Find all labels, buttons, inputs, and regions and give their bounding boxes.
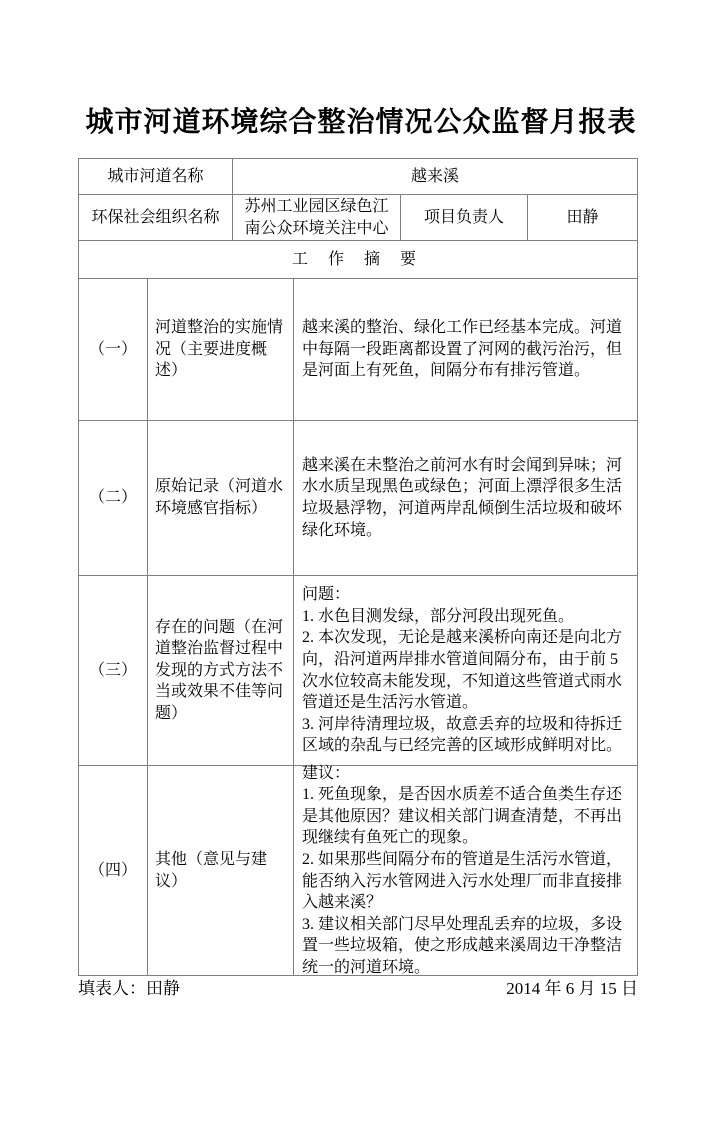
document-page: 城市河道环境综合整治情况公众监督月报表 城市河道名称 越来溪 环保社会组织名称 … xyxy=(0,0,722,1122)
item-number: （一） xyxy=(79,279,148,421)
river-name-label: 城市河道名称 xyxy=(79,159,233,195)
table-row-river-name: 城市河道名称 越来溪 xyxy=(79,159,638,195)
filler-name: 田静 xyxy=(146,979,180,998)
filler-info: 填表人：田静 xyxy=(78,978,180,1000)
item-content: 越来溪的整治、绿化工作已经基本完成。河道中每隔一段距离都设置了河网的截污治污，但… xyxy=(294,279,638,421)
org-value: 苏州工业园区绿色江南公众环境关注中心 xyxy=(233,195,401,241)
table-row-item-1: （一） 河道整治的实施情况（主要进度概述） 越来溪的整治、绿化工作已经基本完成。… xyxy=(79,279,638,421)
report-date: 2014 年 6 月 15 日 xyxy=(506,978,638,1000)
item-label: 原始记录（河道水环境感官指标） xyxy=(148,421,294,576)
filler-label: 填表人： xyxy=(78,979,146,998)
manager-label: 项目负责人 xyxy=(401,195,528,241)
river-name-value: 越来溪 xyxy=(233,159,638,195)
item-content: 问题： 1. 水色目测发绿，部分河段出现死鱼。 2. 本次发现，无论是越来溪桥向… xyxy=(294,576,638,766)
item-content: 建议： 1. 死鱼现象，是否因水质差不适合鱼类生存还是其他原因？建议相关部门调查… xyxy=(294,766,638,976)
item-label: 其他（意见与建议） xyxy=(148,766,294,976)
table-footer: 填表人：田静 2014 年 6 月 15 日 xyxy=(78,978,638,1000)
table-row-organization: 环保社会组织名称 苏州工业园区绿色江南公众环境关注中心 项目负责人 田静 xyxy=(79,195,638,241)
report-table: 城市河道名称 越来溪 环保社会组织名称 苏州工业园区绿色江南公众环境关注中心 项… xyxy=(78,158,638,976)
item-number: （二） xyxy=(79,421,148,576)
manager-value: 田静 xyxy=(528,195,638,241)
table-row-item-4: （四） 其他（意见与建议） 建议： 1. 死鱼现象，是否因水质差不适合鱼类生存还… xyxy=(79,766,638,976)
summary-header: 工 作 摘 要 xyxy=(79,241,638,279)
table-row-item-2: （二） 原始记录（河道水环境感官指标） 越来溪在未整治之前河水有时会闻到异味；河… xyxy=(79,421,638,576)
item-label: 河道整治的实施情况（主要进度概述） xyxy=(148,279,294,421)
item-number: （四） xyxy=(79,766,148,976)
table-row-item-3: （三） 存在的问题（在河道整治监督过程中发现的方式方法不当或效果不佳等问题） 问… xyxy=(79,576,638,766)
org-label: 环保社会组织名称 xyxy=(79,195,233,241)
table-row-summary-header: 工 作 摘 要 xyxy=(79,241,638,279)
item-number: （三） xyxy=(79,576,148,766)
page-title: 城市河道环境综合整治情况公众监督月报表 xyxy=(0,100,722,140)
item-content: 越来溪在未整治之前河水有时会闻到异味；河水水质呈现黑色或绿色；河面上漂浮很多生活… xyxy=(294,421,638,576)
item-label: 存在的问题（在河道整治监督过程中发现的方式方法不当或效果不佳等问题） xyxy=(148,576,294,766)
